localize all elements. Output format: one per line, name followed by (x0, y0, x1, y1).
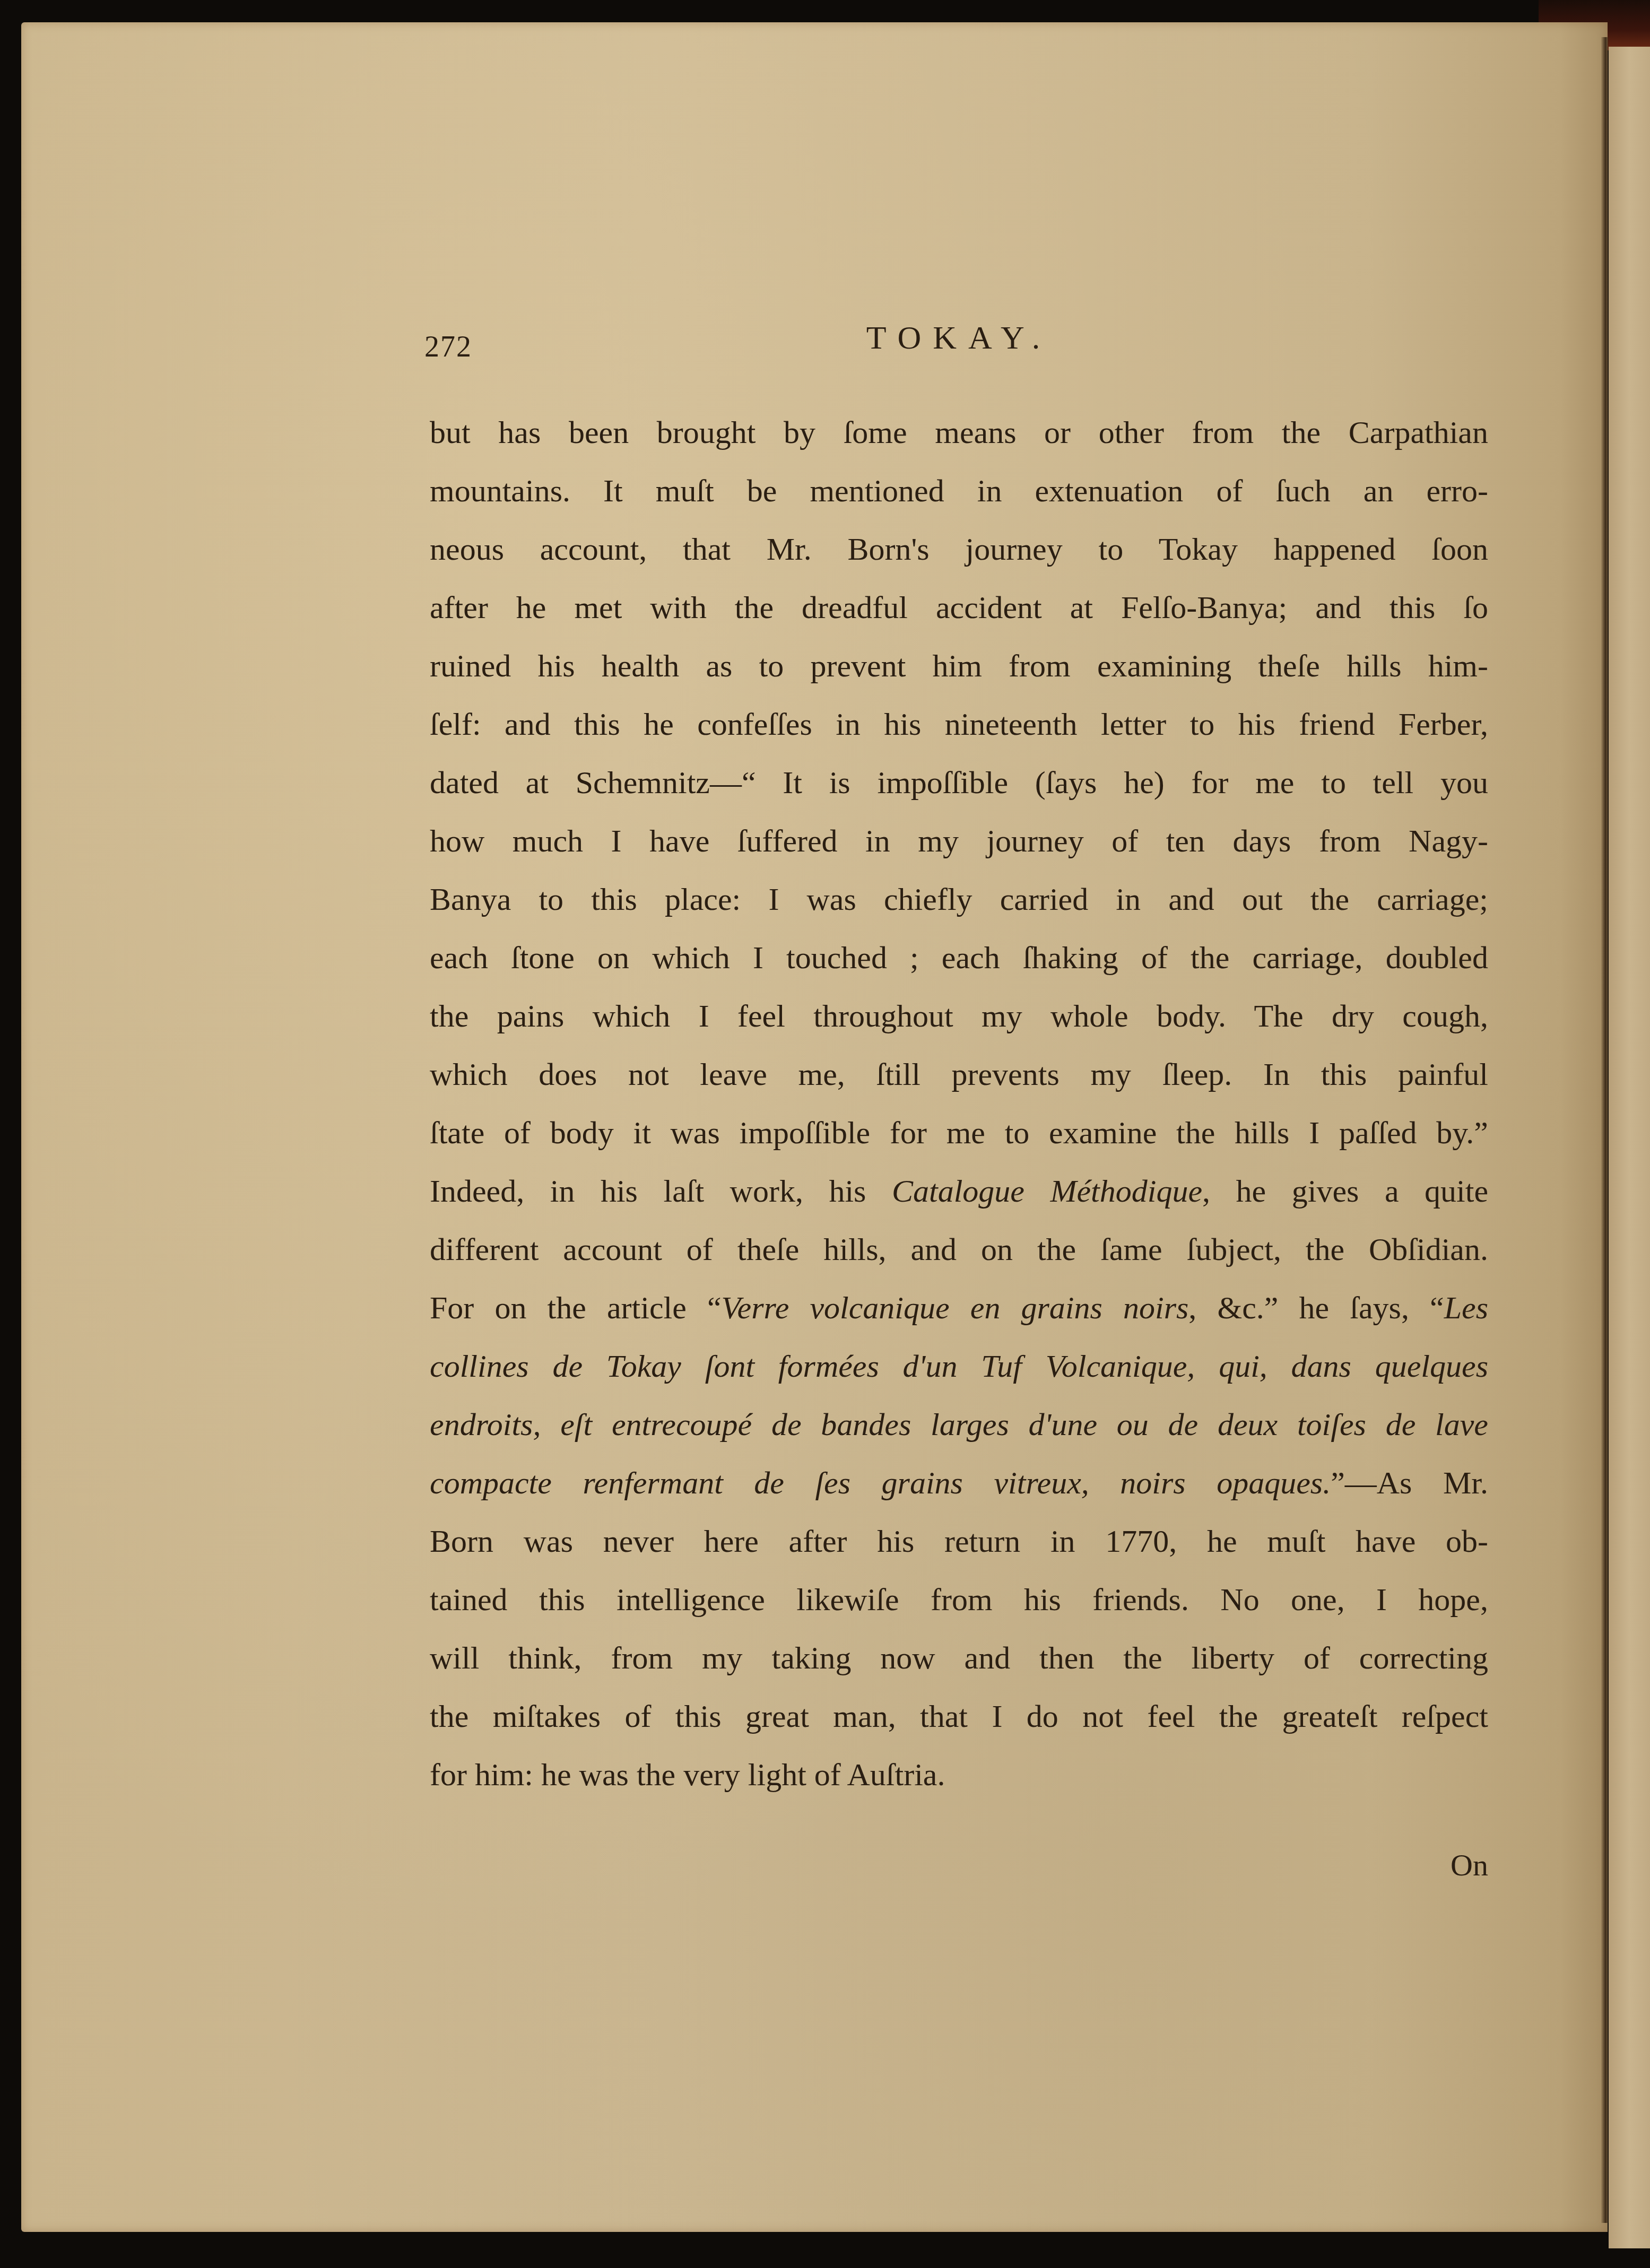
text-segment: ſelf: and this he confeſſes in his ninet… (430, 707, 1488, 742)
scan-background: 272 TOKAY. but has been brought by ſome … (0, 0, 1650, 2268)
text-line: Banya to this place: I was chiefly carri… (430, 870, 1488, 928)
text-line: endroits, eſt entrecoupé de bandes large… (430, 1395, 1488, 1454)
text-segment: neous account, that Mr. Born's journey t… (430, 532, 1488, 567)
text-line: neous account, that Mr. Born's journey t… (430, 520, 1488, 578)
spine-gutter (1601, 37, 1609, 2223)
text-segment: different account of theſe hills, and on… (430, 1232, 1488, 1267)
text-line: how much I have ſuffered in my journey o… (430, 812, 1488, 870)
text-segment: , he gives a quite (1202, 1174, 1488, 1209)
text-segment: For on the article “ (430, 1290, 722, 1325)
text-segment: but has been brought by ſome means or ot… (430, 415, 1488, 450)
text-line: compacte renfermant de ſes grains vitreu… (430, 1454, 1488, 1512)
facing-page-edge (1609, 47, 1650, 2248)
text-line: for him: he was the very light of Auſtri… (430, 1745, 1488, 1804)
text-line: which does not leave me, ſtill prevents … (430, 1045, 1488, 1103)
text-line: collines de Tokay ſont formées d'un Tuf … (430, 1337, 1488, 1395)
text-segment: how much I have ſuffered in my journey o… (430, 823, 1488, 858)
text-segment: Born was never here after his return in … (430, 1524, 1488, 1559)
text-segment: , &c.” he ſays, “ (1188, 1290, 1444, 1325)
italic-segment: Les (1444, 1290, 1488, 1325)
text-segment: the miſtakes of this great man, that I d… (430, 1699, 1488, 1734)
text-line: tained this intelligence likewiſe from h… (430, 1570, 1488, 1629)
text-line: ruined his health as to prevent him from… (430, 637, 1488, 695)
text-line: each ſtone on which I touched ; each ſha… (430, 928, 1488, 987)
text-line: Born was never here after his return in … (430, 1512, 1488, 1570)
text-line: ſtate of body it was impoſſible for me t… (430, 1103, 1488, 1162)
text-segment: tained this intelligence likewiſe from h… (430, 1582, 1488, 1617)
italic-segment: Verre volcanique en grains noirs (722, 1290, 1189, 1325)
text-segment: which does not leave me, ſtill prevents … (430, 1057, 1488, 1092)
text-segment: mountains. It muſt be mentioned in exten… (430, 473, 1488, 508)
body-text: but has been brought by ſome means or ot… (430, 403, 1488, 1804)
text-segment: ſtate of body it was impoſſible for me t… (430, 1115, 1488, 1150)
text-line: dated at Schemnitz—“ It is impoſſible (ſ… (430, 753, 1488, 812)
running-head: 272 TOKAY. (430, 319, 1488, 378)
text-line: For on the article “Verre volcanique en … (430, 1279, 1488, 1337)
text-segment: each ſtone on which I touched ; each ſha… (430, 940, 1488, 975)
text-line: after he met with the dreadful accident … (430, 578, 1488, 637)
text-line: different account of theſe hills, and on… (430, 1220, 1488, 1279)
text-segment: ”—As Mr. (1331, 1465, 1488, 1500)
text-segment: for him: he was the very light of Auſtri… (430, 1757, 945, 1792)
italic-segment: endroits, eſt entrecoupé de bandes large… (430, 1407, 1488, 1442)
text-segment: ruined his health as to prevent him from… (430, 648, 1488, 683)
text-line: will think, from my taking now and then … (430, 1629, 1488, 1687)
text-line: ſelf: and this he confeſſes in his ninet… (430, 695, 1488, 753)
text-line: Indeed, in his laſt work, his Catalogue … (430, 1162, 1488, 1220)
text-line: mountains. It muſt be mentioned in exten… (430, 462, 1488, 520)
text-line: the miſtakes of this great man, that I d… (430, 1687, 1488, 1745)
text-segment: Indeed, in his laſt work, his (430, 1174, 892, 1209)
text-segment: Banya to this place: I was chiefly carri… (430, 882, 1488, 917)
running-head-title: TOKAY. (430, 319, 1488, 357)
catchword: On (1451, 1847, 1488, 1883)
text-line: but has been brought by ſome means or ot… (430, 403, 1488, 462)
text-line: the pains which I feel throughout my who… (430, 987, 1488, 1045)
italic-segment: Catalogue Méthodique (892, 1174, 1202, 1209)
text-segment: dated at Schemnitz—“ It is impoſſible (ſ… (430, 765, 1488, 800)
text-segment: will think, from my taking now and then … (430, 1640, 1488, 1675)
book-page: 272 TOKAY. but has been brought by ſome … (21, 22, 1608, 2232)
italic-segment: collines de Tokay ſont formées d'un Tuf … (430, 1349, 1488, 1384)
text-segment: the pains which I feel throughout my who… (430, 998, 1488, 1033)
italic-segment: compacte renfermant de ſes grains vitreu… (430, 1465, 1331, 1500)
text-segment: after he met with the dreadful accident … (430, 590, 1488, 625)
